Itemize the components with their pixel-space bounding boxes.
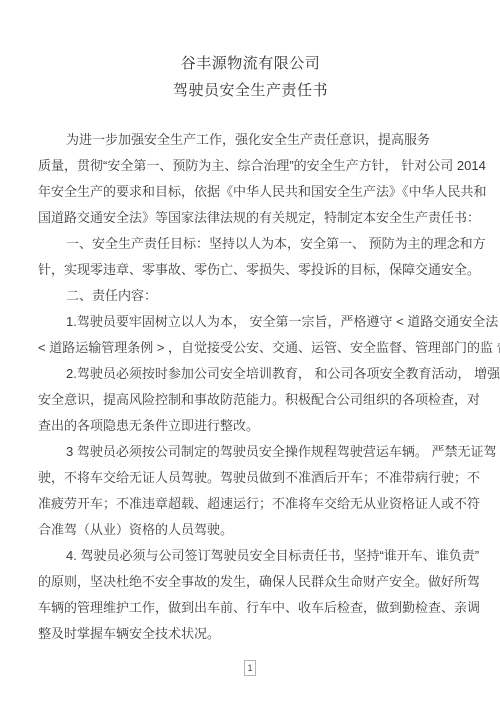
document-body: 为进一步加强安全生产工作，强化安全生产责任意识，提高服务 质量，贯彻“安全第一、… (38, 127, 463, 647)
paragraph-line: 为进一步加强安全生产工作，强化安全生产责任意识，提高服务 (38, 127, 463, 153)
paragraph-line: 驶，不将车交给无证人员驾驶。驾驶员做到不准酒后开车；不准带病行驶；不 (38, 465, 463, 491)
paragraph-line: 4. 驾驶员必须与公司签订驾驶员安全目标责任书，坚持“谁开车、谁负责” (38, 543, 463, 569)
page-number: 1 (244, 660, 256, 676)
paragraph-line: 准疲劳开车；不准违章超载、超速运行；不准将车交给无从业资格证人或不符 (38, 491, 463, 517)
paragraph-line: 2.驾驶员必须按时参加公司安全培训教育， 和公司各项安全教育活动， 增强 (38, 361, 463, 387)
document-page: 谷丰源物流有限公司 驾驶员安全生产责任书 为进一步加强安全生产工作，强化安全生产… (0, 0, 500, 708)
page-footer: 1 (0, 658, 500, 676)
paragraph-line: 质量，贯彻“安全第一、预防为主、综合治理”的安全生产方针， 针对公司 2014 (38, 153, 463, 179)
paragraph-line: 年安全生产的要求和目标，依据《中华人民共和国安全生产法》《中华人民共和 (38, 179, 463, 205)
paragraph-line: 车辆的管理维护工作，做到出车前、行车中、收车后检查，做到勤检查、亲调 (38, 595, 463, 621)
paragraph-line: 1.驾驶员要牢固树立以人为本， 安全第一宗旨，严格遵守 < 道路交通安全法 > … (38, 309, 463, 335)
paragraph-line: 的原则，坚决杜绝不安全事故的发生，确保人民群众生命财产安全。做好所驾 (38, 569, 463, 595)
paragraph-line: 针，实现零违章、零事故、零伤亡、零损失、零投诉的目标，保障交通安全。 (38, 257, 463, 283)
paragraph-line: 一、安全生产责任目标：坚持以人为本，安全第一、 预防为主的理念和方 (38, 231, 463, 257)
paragraph-line: 合准驾（从业）资格的人员驾驶。 (38, 517, 463, 543)
paragraph-line: < 道路运输管理条例 > ，自觉接受公安、交通、运管、安全监督、管理部门的监 督… (38, 335, 463, 361)
paragraph-line: 二、责任内容： (38, 283, 463, 309)
paragraph-line: 安全意识，提高风险控制和事故防范能力。积极配合公司组织的各项检查，对 (38, 387, 463, 413)
document-subtitle: 驾驶员安全生产责任书 (38, 77, 463, 104)
paragraph-line: 整及时掌握车辆安全技术状况。 (38, 621, 463, 647)
paragraph-line: 3 驾驶员必须按公司制定的驾驶员安全操作规程驾驶营运车辆。 严禁无证驾 (38, 439, 463, 465)
paragraph-line: 国道路交通安全法》等国家法律法规的有关规定，特制定本安全生产责任书： (38, 205, 463, 231)
document-title: 谷丰源物流有限公司 (38, 50, 463, 77)
paragraph-line: 查出的各项隐患无条件立即进行整改。 (38, 413, 463, 439)
